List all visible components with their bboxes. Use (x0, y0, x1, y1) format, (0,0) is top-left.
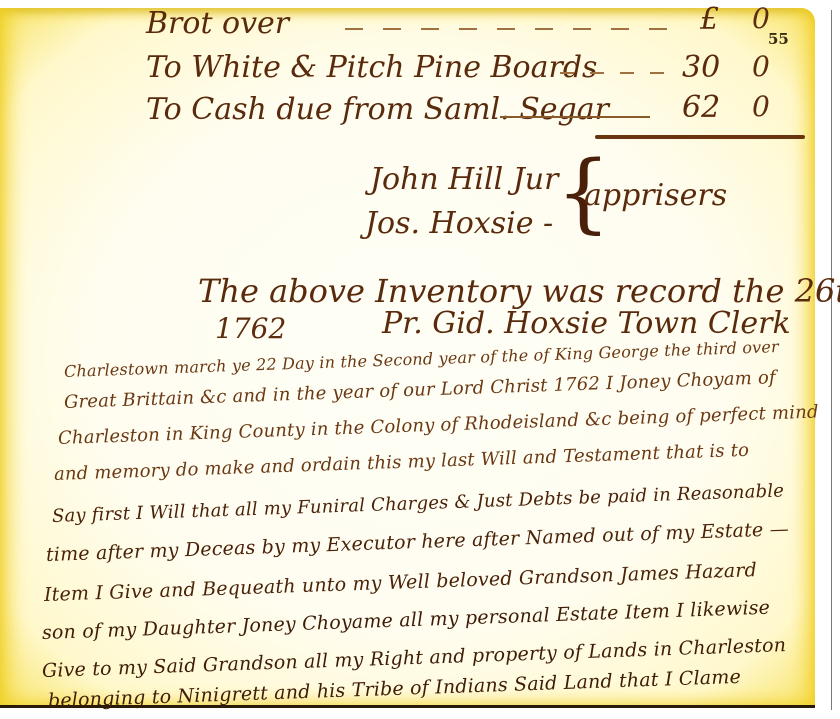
scan-edge-line (831, 10, 832, 710)
inventory-amount-pounds-0: £ (700, 2, 719, 37)
inventory-line-pine-boards: To White & Pitch Pine Boards (146, 50, 597, 85)
inventory-line-brought-over: Brot over (146, 6, 289, 41)
town-clerk-signature: Pr. Gid. Hoxsie Town Clerk (382, 306, 791, 341)
appraiser-name-1: John Hill Jur (370, 162, 558, 197)
appraiser-name-2: Jos. Hoxsie - (365, 206, 553, 241)
inventory-shillings-2: 0 (752, 90, 770, 123)
inventory-shillings-0: 0 (752, 2, 770, 35)
record-year: 1762 (215, 312, 286, 345)
inventory-amount-2: 62 (682, 90, 720, 125)
total-rule (595, 135, 805, 139)
inventory-line-cash-due: To Cash due from Saml. Segar (146, 92, 609, 127)
record-note: The above Inventory was record the 26th … (198, 272, 840, 310)
scan-margin (815, 0, 840, 719)
leader-dashes (345, 28, 685, 30)
leader-line (500, 116, 650, 118)
inventory-shillings-1: 0 (752, 50, 770, 83)
appraisers-label: apprisers (584, 178, 727, 213)
page-number: 55 (768, 30, 789, 48)
leader-dashes (560, 72, 670, 74)
inventory-amount-1: 30 (682, 50, 720, 85)
